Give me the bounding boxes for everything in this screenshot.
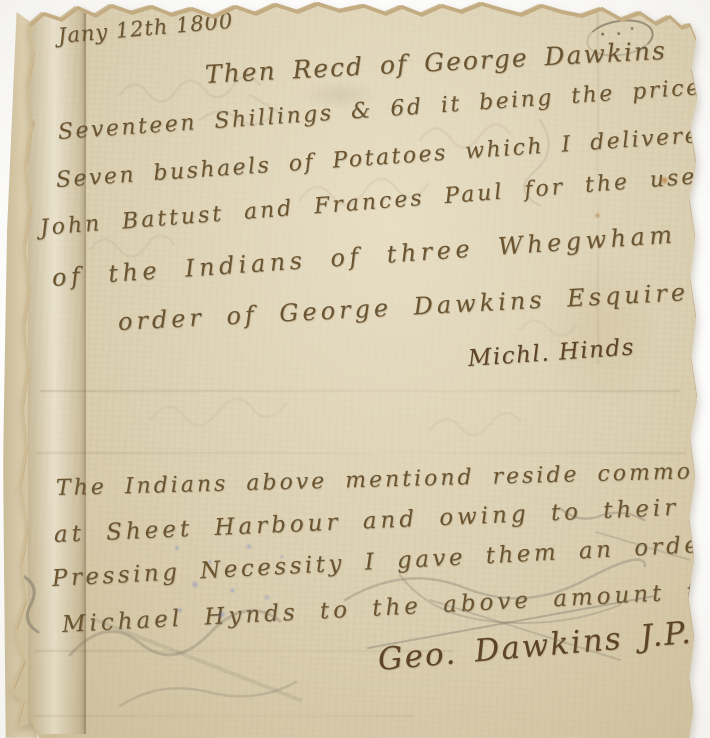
crease-horizontal-2 [36, 452, 686, 454]
signature-dawkins: Geo. Dawkins J.P. [376, 615, 693, 678]
stain-spot-3 [594, 212, 601, 219]
water-stain [540, 250, 660, 410]
stain-spot-1 [24, 118, 36, 130]
paper-wrapper: Jany 12th 1800 Then Recd of George Dawki… [0, 0, 710, 738]
stain-spot-4 [18, 556, 24, 562]
note-line-1: The Indians above mentiond reside common… [56, 458, 710, 501]
paper-sheet: Jany 12th 1800 Then Recd of George Dawki… [0, 0, 710, 738]
document-scan: Jany 12th 1800 Then Recd of George Dawki… [0, 0, 710, 738]
crease-horizontal-4 [34, 715, 414, 717]
blue-ink-stamp [150, 538, 300, 623]
